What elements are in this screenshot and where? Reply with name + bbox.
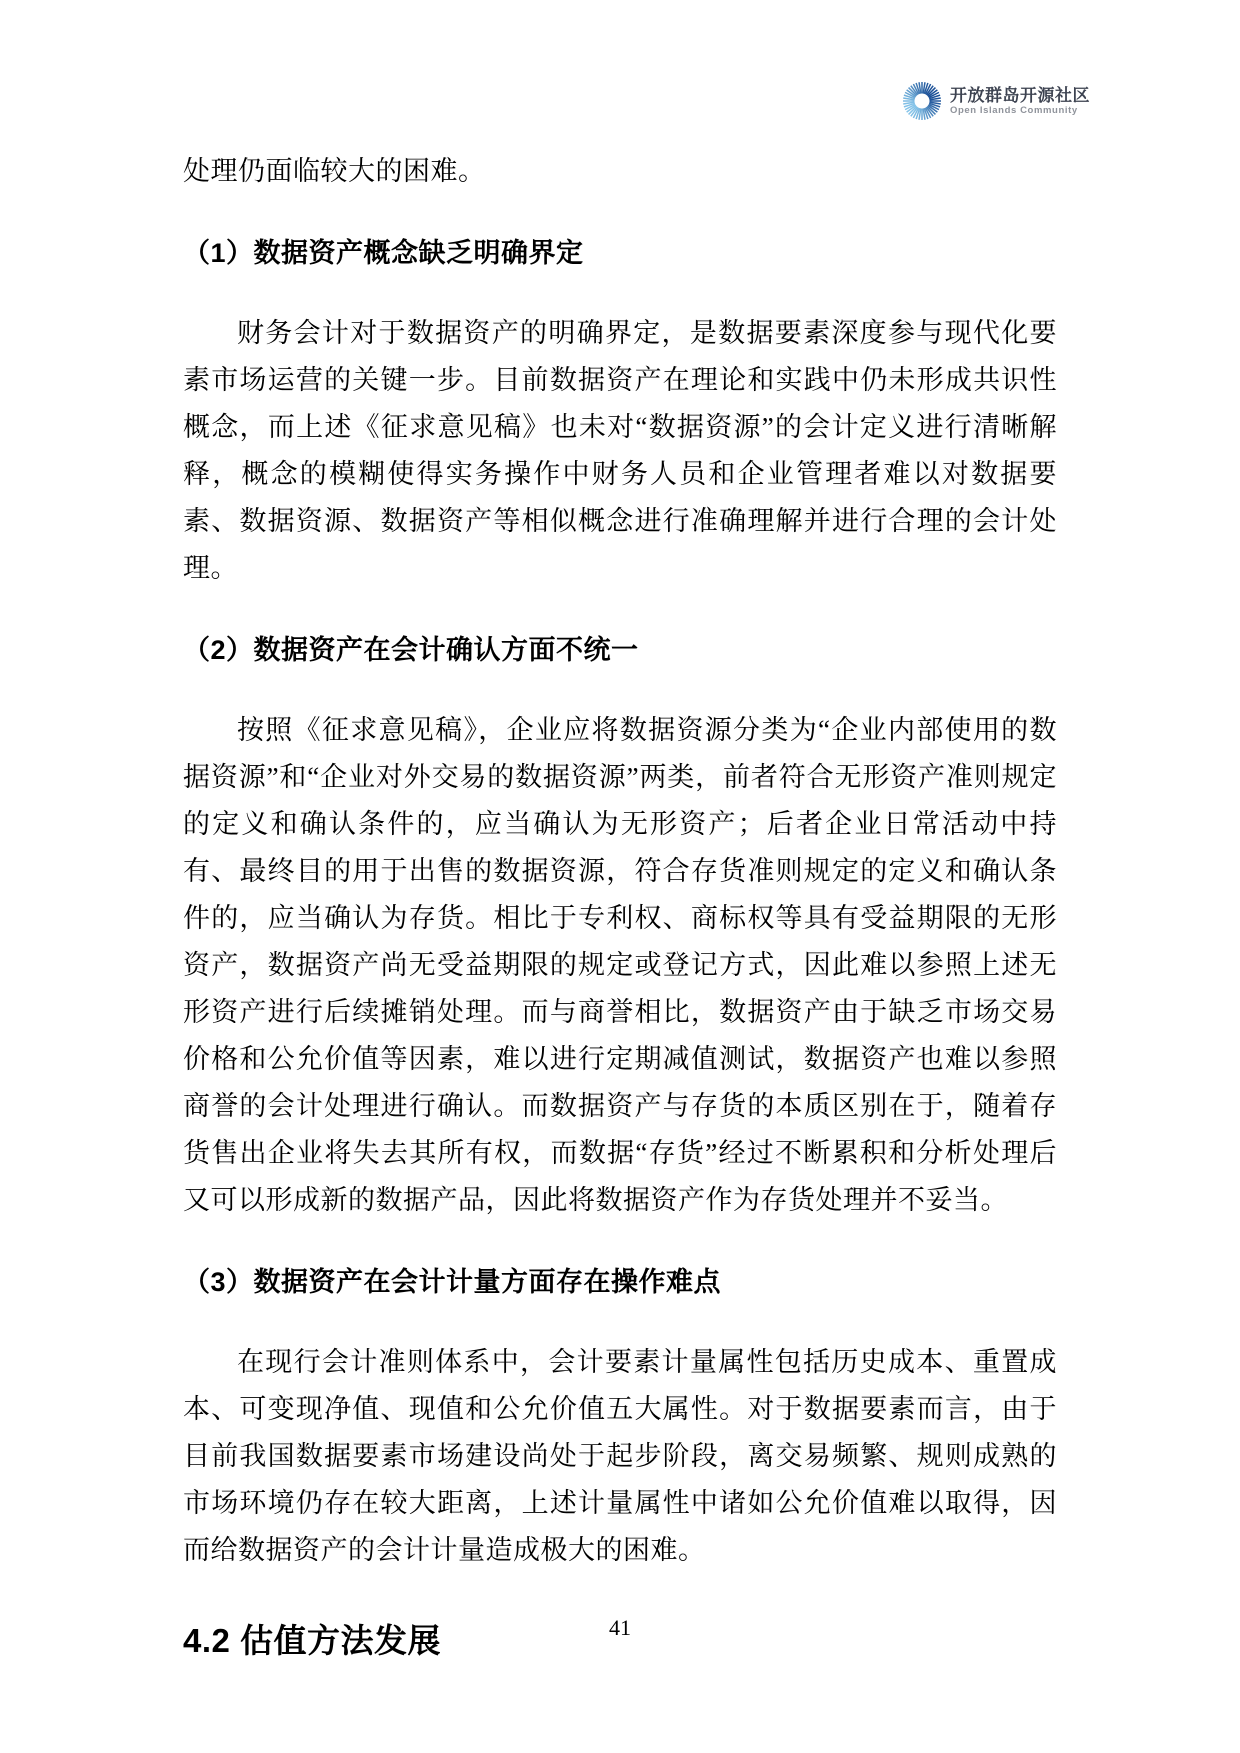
- logo-title-en: Open Islands Community: [950, 105, 1090, 117]
- logo-title-zh: 开放群岛开源社区: [950, 86, 1090, 105]
- paragraph-2: 按照《征求意见稿》，企业应将数据资源分类为“企业内部使用的数据资源”和“企业对外…: [183, 707, 1057, 1224]
- subheading-3: （3）数据资产在会计计量方面存在操作难点: [183, 1259, 1057, 1306]
- paragraph-3: 在现行会计准则体系中，会计要素计量属性包括历史成本、重置成本、可变现净值、现值和…: [183, 1339, 1057, 1574]
- continuation-paragraph: 处理仍面临较大的困难。: [183, 148, 1057, 195]
- document-page: 开放群岛开源社区 Open Islands Community 处理仍面临较大的…: [0, 0, 1240, 1753]
- logo-text-block: 开放群岛开源社区 Open Islands Community: [950, 86, 1090, 117]
- header-logo: 开放群岛开源社区 Open Islands Community: [901, 80, 1090, 122]
- subheading-1: （1）数据资产概念缺乏明确界定: [183, 230, 1057, 277]
- subheading-2: （2）数据资产在会计确认方面不统一: [183, 627, 1057, 674]
- sunburst-icon: [901, 80, 943, 122]
- page-number: 41: [0, 1615, 1240, 1641]
- paragraph-1: 财务会计对于数据资产的明确界定，是数据要素深度参与现代化要素市场运营的关键一步。…: [183, 310, 1057, 592]
- page-content: 处理仍面临较大的困难。 （1）数据资产概念缺乏明确界定 财务会计对于数据资产的明…: [183, 148, 1057, 1666]
